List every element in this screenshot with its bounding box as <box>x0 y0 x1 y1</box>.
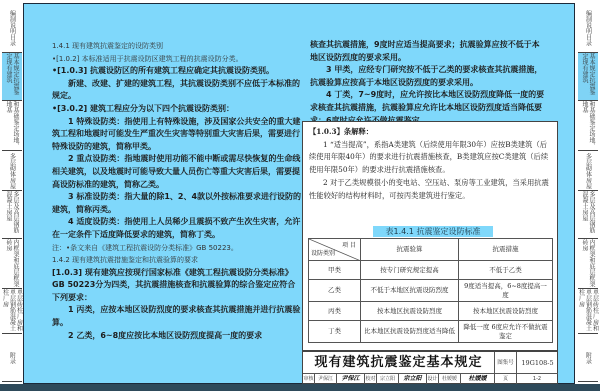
clause-1-0-3-para: 新建、改建、扩建的建筑工程，其抗震设防类别不应低于本标准的规定。 <box>52 78 302 103</box>
table-row: 乙类 不低于本地区抗震设防烈度 9度适当提高，6~8度提高一度 <box>309 280 553 302</box>
tab-appendix[interactable]: 附录 <box>2 334 22 382</box>
commentary-p1: 1 “适当提高”，系指A类建筑（后续使用年限30年）应按B类建筑（后续使用年限4… <box>309 139 549 177</box>
corner-bottom-label: 设防类别 <box>311 249 335 258</box>
row-measure: 不低于乙类 <box>459 261 553 280</box>
table-corner-header: 项 目 设防类别 <box>309 239 361 261</box>
review-label: 审核 <box>303 374 315 384</box>
tab-site-foundation[interactable]: 和基础鉴定场地、地基 <box>2 101 22 151</box>
drawing-title: 现有建筑抗震鉴定基本规定 <box>303 352 495 374</box>
row-category: 丙类 <box>309 302 361 321</box>
tab-appendix[interactable]: 附录 <box>578 334 598 382</box>
tab-basic-provisions[interactable]: 基本规定抗震鉴定现有建筑 <box>578 53 598 101</box>
commentary-heading: 【1.0.3】条解释： <box>309 126 549 139</box>
page-number: 1-2 <box>517 374 557 384</box>
section-heading-1-4-1: 1.4.1 现有建筑抗震鉴定的设防类别 <box>52 40 302 53</box>
row-measure: 降低一度 6度应允许不做抗震鉴定 <box>459 321 553 343</box>
tab-single-storey-factory[interactable]: 单层砖柱厂房和单层钢筋混凝土柱厂房 <box>578 289 598 334</box>
row-category: 乙类 <box>309 280 361 302</box>
left-chapter-tabs: 编制说明目录 基本规定抗震鉴定现有建筑 和基础鉴定场地、地基 多层砌体房屋 多层… <box>2 3 22 382</box>
commentary-text: 【1.0.3】条解释： 1 “适当提高”，系指A类建筑（后续使用年限30年）应按… <box>309 126 549 202</box>
page-label: 页 <box>495 374 517 384</box>
table-row: 甲类 按专门研究规定提高 不低于乙类 <box>309 261 553 280</box>
proofreader-name: 宗立阳 <box>377 374 399 384</box>
row-check: 按专门研究规定提高 <box>361 261 459 280</box>
right-column: 核查其抗震措施，9度时应适当提高要求；抗震验算应按不低于本地区设防烈度的要求采用… <box>310 39 546 127</box>
category-2: 2 重点设防类：指地震时使用功能不能中断或需尽快恢复的生命线相关建筑，以及地震时… <box>52 153 302 191</box>
req-class-b-cont: 核查其抗震措施，9度时应适当提高要求；抗震验算应按不低于本地区设防烈度的要求采用… <box>310 39 546 64</box>
row-measure: 9度适当提高，6~8度提高一度 <box>459 280 553 302</box>
row-measure: 按本地区抗震设防烈度 <box>459 302 553 321</box>
category-1: 1 特殊设防类：指使用上有特殊设施，涉及国家公共安全的重大建筑工程和地震时可能发… <box>52 116 302 154</box>
row-category: 甲类 <box>309 261 361 280</box>
reviewer-name: 尹保江 <box>315 374 337 384</box>
tab-rc-buildings[interactable]: 多层及高层钢筋混凝土房屋 <box>578 191 598 239</box>
row-check: 比本地区抗震设防烈度适当降低 <box>361 321 459 343</box>
bottom-bar <box>0 384 600 391</box>
tab-masonry[interactable]: 多层砌体房屋 <box>578 151 598 191</box>
tab-masonry[interactable]: 多层砌体房屋 <box>2 151 22 191</box>
clause-3-0-2: •[3.0.2] 建筑工程应分为以下四个抗震设防类别： <box>52 103 302 116</box>
table-row: 丁类 比本地区抗震设防烈度适当降低 降低一度 6度应允许不做抗震鉴定 <box>309 321 553 343</box>
design-label: 设计 <box>427 374 439 384</box>
seismic-standard-table: 项 目 设防类别 抗震验算 抗震措施 甲类 按专门研究规定提高 不低于乙类 乙类… <box>308 238 553 343</box>
tab-inner-frame[interactable]: 内框架和底层框架砖房 <box>578 239 598 289</box>
tab-inner-frame[interactable]: 内框架和底层框架砖房 <box>2 239 22 289</box>
atlas-number: 19G108-5 <box>517 352 558 374</box>
source-note: 注：•条文来自《建筑工程抗震设防分类标准》GB 50223。 <box>52 242 302 255</box>
reviewer-signature: 尹保江 <box>337 374 365 384</box>
proofreader-signature: 宗立阳 <box>399 374 427 384</box>
clause-1-0-3-b: [1.0.3] 现有建筑应按现行国家标准《建筑工程抗震设防分类标准》GB 502… <box>52 267 302 305</box>
clause-1-0-2: •[1.0.2] 本标准适用于抗震设防区建筑工程的抗震设防分类。 <box>52 53 302 66</box>
section-heading-1-4-2: 1.4.2 现有建筑抗震措施鉴定和抗震验算的要求 <box>52 254 302 267</box>
designer-signature: 杜媛媛 <box>461 374 495 384</box>
tab-rc-buildings[interactable]: 多层及高层钢筋混凝土房屋 <box>2 191 22 239</box>
table-row: 丙类 按本地区抗震设防烈度 按本地区抗震设防烈度 <box>309 302 553 321</box>
designer-name: 杜媛媛 <box>439 374 461 384</box>
tab-contents[interactable]: 编制说明目录 <box>578 3 598 53</box>
clause-1-0-3: •[1.0.3] 抗震设防区的所有建筑工程应确定其抗震设防类别。 <box>52 65 302 78</box>
tab-site-foundation[interactable]: 和基础鉴定场地、地基 <box>578 101 598 151</box>
row-category: 丁类 <box>309 321 361 343</box>
left-column: 1.4.1 现有建筑抗震鉴定的设防类别 •[1.0.2] 本标准适用于抗震设防区… <box>52 40 302 342</box>
category-3: 3 标准设防类：指大量的除1、2、4款以外按标准要求进行设防的建筑，简称丙类。 <box>52 191 302 216</box>
drawing-title-block: 现有建筑抗震鉴定基本规定 图集号 19G108-5 审核 尹保江 尹保江 校对 … <box>302 351 558 384</box>
category-4: 4 适度设防类：指使用上人员稀少且震损不致产生次生灾害，允许在一定条件下适度降低… <box>52 216 302 241</box>
header-measure: 抗震措施 <box>459 239 553 261</box>
req-class-c: 1 丙类，应按本地区设防烈度的要求核查其抗震措施并进行抗震验算。 <box>52 304 302 329</box>
tab-basic-provisions[interactable]: 基本规定抗震鉴定现有建筑 <box>2 53 22 101</box>
signature-row: 审核 尹保江 尹保江 校对 宗立阳 宗立阳 设计 杜媛媛 杜媛媛 页 1-2 <box>303 374 557 384</box>
right-chapter-tabs: 编制说明目录 基本规定抗震鉴定现有建筑 和基础鉴定场地、地基 多层砌体房屋 多层… <box>578 3 598 382</box>
commentary-p2: 2 对于乙类规模很小的变电站、空压站、泵房等工业建筑，当采用抗震性能较好的结构材… <box>309 177 549 202</box>
header-check: 抗震验算 <box>361 239 459 261</box>
tab-single-storey-factory[interactable]: 单层砖柱厂房和单层钢筋混凝土柱厂房 <box>2 289 22 334</box>
row-check: 按本地区抗震设防烈度 <box>361 302 459 321</box>
req-class-b: 2 乙类，6~8度应按比本地区设防烈度提高一度的要求 <box>52 330 302 343</box>
proof-label: 校对 <box>365 374 377 384</box>
table-title: 表1.4.1 抗震鉴定设防标准 <box>373 226 493 237</box>
req-class-a: 3 甲类，应经专门研究按不低于乙类的要求核查其抗震措施，抗震验算应按高于本地区设… <box>310 64 546 89</box>
row-check: 不低于本地区抗震设防烈度 <box>361 280 459 302</box>
tab-contents[interactable]: 编制说明目录 <box>2 3 22 53</box>
atlas-number-label: 图集号 <box>495 352 517 374</box>
corner-top-label: 项 目 <box>342 241 356 250</box>
